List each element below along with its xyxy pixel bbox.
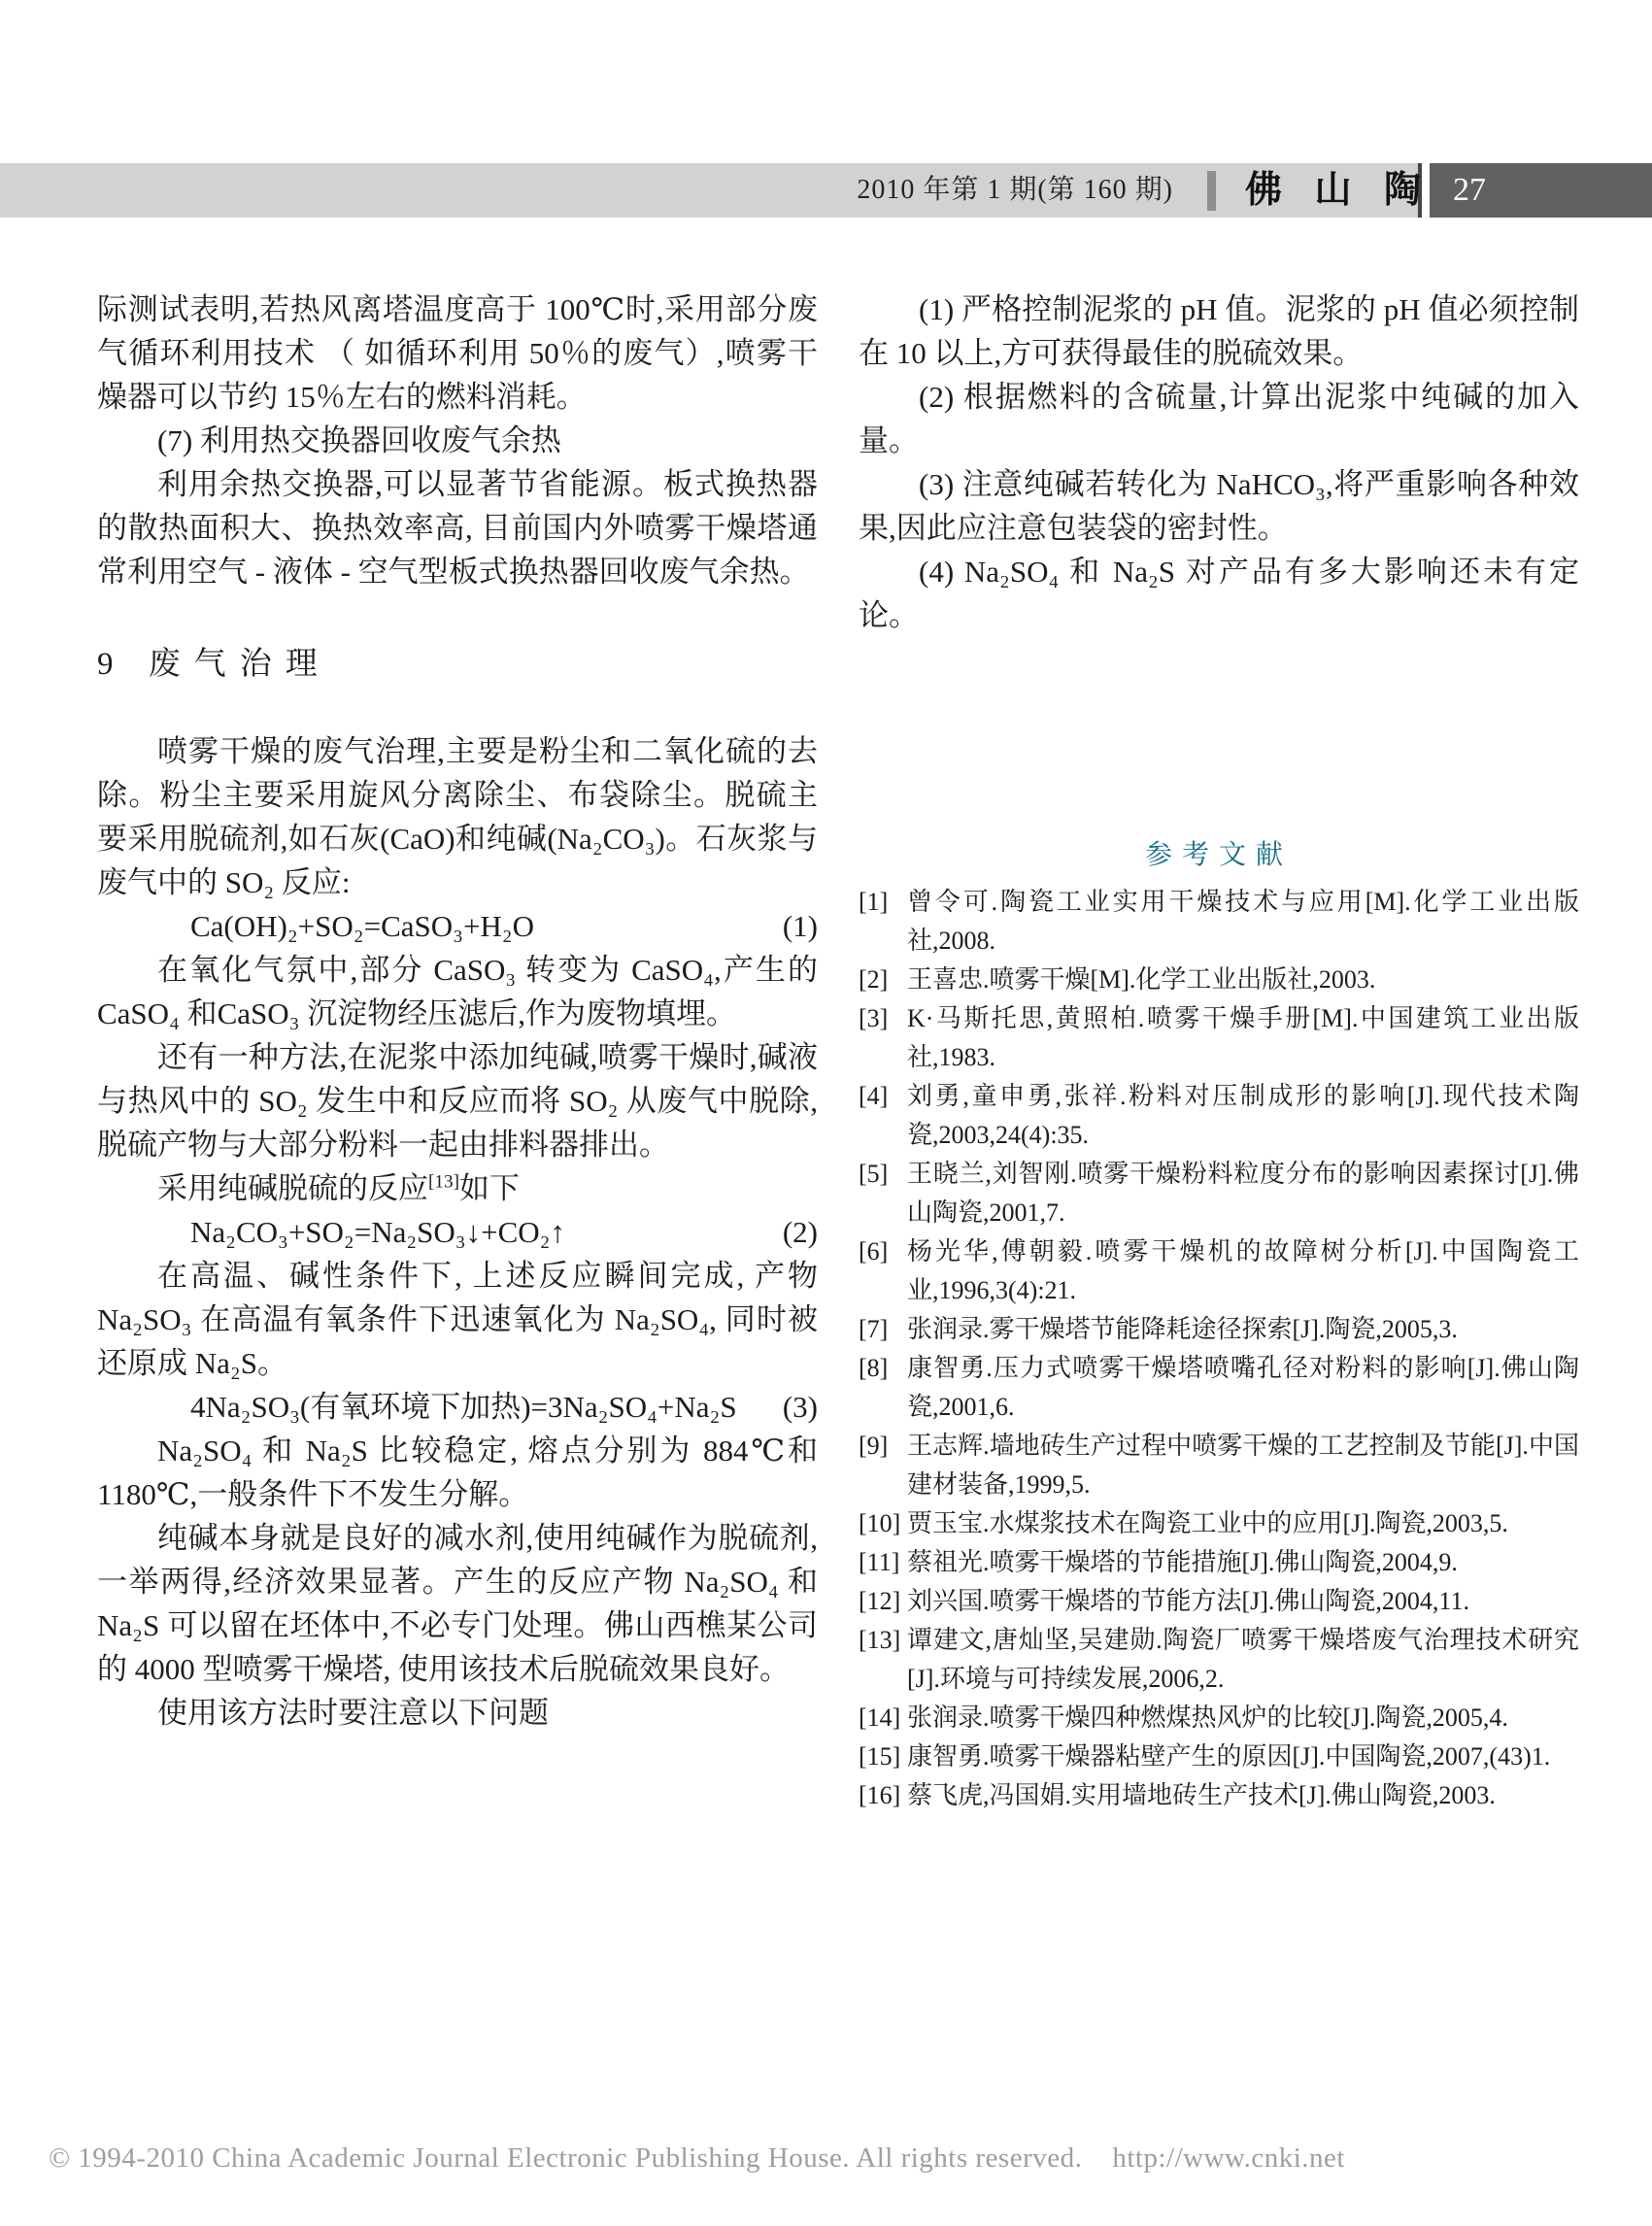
- section-heading: 9 废气治理: [97, 642, 818, 687]
- reference-text: 刘勇,童申勇,张祥.粉料对压制成形的影响[J].现代技术陶瓷,2003,24(4…: [907, 1082, 1579, 1149]
- reference-label: [13]: [859, 1621, 900, 1660]
- paragraph: 使用该方法时要注意以下问题: [97, 1691, 818, 1735]
- reference-text: 王志辉.墙地砖生产过程中喷雾干燥的工艺控制及节能[J].中国建材装备,1999,…: [907, 1432, 1579, 1499]
- reference-text: 贾玉宝.水煤浆技术在陶瓷工业中的应用[J].陶瓷,2003,5.: [907, 1509, 1508, 1537]
- reference-item: [13] 谭建文,唐灿坚,吴建勋.陶瓷厂喷雾干燥塔废气治理技术研究[J].环境与…: [859, 1621, 1579, 1699]
- reference-label: [3]: [859, 999, 888, 1038]
- reference-text: 曾令可.陶瓷工业实用干燥技术与应用[M].化学工业出版社,2008.: [907, 888, 1579, 955]
- reference-item: [6] 杨光华,傅朝毅.喷雾干燥机的故障树分析[J].中国陶瓷工业,1996,3…: [859, 1232, 1579, 1310]
- reference-text: 王喜忠.喷雾干燥[M].化学工业出版社,2003.: [907, 965, 1375, 994]
- page-number-box: 27: [1430, 163, 1652, 218]
- reference-label: [10]: [859, 1504, 900, 1543]
- reference-text: 张润录.喷雾干燥四种燃煤热风炉的比较[J].陶瓷,2005,4.: [907, 1703, 1508, 1732]
- reference-text: 刘兴国.喷雾干燥塔的节能方法[J].佛山陶瓷,2004,11.: [907, 1587, 1469, 1615]
- reference-label: [12]: [859, 1582, 900, 1621]
- paragraph-with-citation: 采用纯碱脱硫的反应[13]如下: [97, 1166, 818, 1210]
- paragraph: Na₂SO₄ 和 Na₂S 比较稳定, 熔点分别为 884℃和 1180℃,一般…: [97, 1429, 818, 1516]
- reference-text: K·马斯托思,黄照柏.喷雾干燥手册[M].中国建筑工业出版社,1983.: [907, 1004, 1579, 1071]
- reference-label: [6]: [859, 1232, 888, 1271]
- reference-label: [15]: [859, 1737, 900, 1776]
- paragraph: (2) 根据燃料的含硫量,计算出泥浆中纯碱的加入量。: [859, 375, 1579, 462]
- paragraph: (3) 注意纯碱若转化为 NaHCO₃,将严重影响各种效果,因此应注意包装袋的密…: [859, 462, 1579, 550]
- reference-label: [7]: [859, 1310, 888, 1349]
- paragraph: 在高温、碱性条件下, 上述反应瞬间完成, 产物 Na₂SO₃ 在高温有氧条件下迅…: [97, 1254, 818, 1385]
- paragraph: (1) 严格控制泥浆的 pH 值。泥浆的 pH 值必须控制在 10 以上,方可获…: [859, 287, 1579, 375]
- paragraph: 喷雾干燥的废气治理,主要是粉尘和二氧化硫的去除。粉尘主要采用旋风分离除尘、布袋除…: [97, 729, 818, 904]
- reference-item: [4] 刘勇,童申勇,张祥.粉料对压制成形的影响[J].现代技术陶瓷,2003,…: [859, 1077, 1579, 1155]
- reference-text: 杨光华,傅朝毅.喷雾干燥机的故障树分析[J].中国陶瓷工业,1996,3(4):…: [907, 1237, 1579, 1304]
- reference-label: [11]: [859, 1543, 899, 1582]
- reference-label: [14]: [859, 1699, 900, 1737]
- paragraph: 际测试表明,若热风离塔温度高于 100℃时,采用部分废气循环利用技术 （ 如循环…: [97, 287, 818, 419]
- equation-number: (3): [783, 1385, 818, 1429]
- reference-text: 谭建文,唐灿坚,吴建勋.陶瓷厂喷雾干燥塔废气治理技术研究[J].环境与可持续发展…: [907, 1626, 1579, 1693]
- reference-text: 蔡飞虎,冯国娟.实用墙地砖生产技术[J].佛山陶瓷,2003.: [907, 1781, 1496, 1809]
- reference-item: [16] 蔡飞虎,冯国娟.实用墙地砖生产技术[J].佛山陶瓷,2003.: [859, 1776, 1579, 1815]
- reference-text: 康智勇.压力式喷雾干燥塔喷嘴孔径对粉料的影响[J].佛山陶瓷,2001,6.: [907, 1354, 1579, 1421]
- paragraph-text: 如下: [459, 1171, 520, 1205]
- reference-item: [10] 贾玉宝.水煤浆技术在陶瓷工业中的应用[J].陶瓷,2003,5.: [859, 1504, 1579, 1543]
- reference-item: [8] 康智勇.压力式喷雾干燥塔喷嘴孔径对粉料的影响[J].佛山陶瓷,2001,…: [859, 1349, 1579, 1427]
- paragraph: 在氧化气氛中,部分 CaSO₃ 转变为 CaSO₄,产生的 CaSO₄ 和CaS…: [97, 948, 818, 1035]
- issue-info: 2010 年第 1 期(第 160 期): [857, 163, 1173, 218]
- right-column: (1) 严格控制泥浆的 pH 值。泥浆的 pH 值必须控制在 10 以上,方可获…: [859, 287, 1579, 1815]
- paragraph: (4) Na₂SO₄ 和 Na₂S 对产品有多大影响还未有定论。: [859, 550, 1579, 637]
- equation-formula: 4Na₂SO₃(有氧环境下加热)=3Na₂SO₄+Na₂S: [97, 1385, 737, 1429]
- reference-item: [3] K·马斯托思,黄照柏.喷雾干燥手册[M].中国建筑工业出版社,1983.: [859, 999, 1579, 1077]
- reference-label: [16]: [859, 1776, 900, 1815]
- equation-number: (1): [783, 904, 818, 948]
- references-title: 参考文献: [859, 836, 1579, 875]
- paragraph: 还有一种方法,在泥浆中添加纯碱,喷雾干燥时,碱液与热风中的 SO₂ 发生中和反应…: [97, 1035, 818, 1166]
- reference-label: [8]: [859, 1349, 888, 1388]
- chemical-equation-2: Na₂CO₃+SO₂=Na₂SO₃↓+CO₂↑ (2): [97, 1210, 818, 1254]
- equation-formula: Ca(OH)₂+SO₂=CaSO₃+H₂O: [97, 904, 534, 948]
- reference-label: [4]: [859, 1077, 888, 1116]
- equation-formula: Na₂CO₃+SO₂=Na₂SO₃↓+CO₂↑: [97, 1210, 565, 1254]
- citation-superscript: [13]: [428, 1172, 459, 1193]
- reference-label: [1]: [859, 883, 888, 922]
- paragraph: 利用余热交换器,可以显著节省能源。板式换热器的散热面积大、换热效率高, 目前国内…: [97, 462, 818, 593]
- left-column: 际测试表明,若热风离塔温度高于 100℃时,采用部分废气循环利用技术 （ 如循环…: [97, 287, 818, 1735]
- header-separator-bar: [1207, 171, 1216, 211]
- reference-item: [5] 王晓兰,刘智刚.喷雾干燥粉料粒度分布的影响因素探讨[J].佛山陶瓷,20…: [859, 1155, 1579, 1232]
- reference-text: 王晓兰,刘智刚.喷雾干燥粉料粒度分布的影响因素探讨[J].佛山陶瓷,2001,7…: [907, 1160, 1579, 1227]
- reference-text: 康智勇.喷雾干燥器粘壁产生的原因[J].中国陶瓷,2007,(43)1.: [907, 1742, 1550, 1771]
- equation-number: (2): [783, 1210, 818, 1254]
- chemical-equation-1: Ca(OH)₂+SO₂=CaSO₃+H₂O (1): [97, 904, 818, 948]
- paragraph: (7) 利用热交换器回收废气余热: [97, 419, 818, 462]
- reference-label: [5]: [859, 1155, 888, 1194]
- paragraph-text: 采用纯碱脱硫的反应: [157, 1171, 428, 1205]
- reference-item: [14] 张润录.喷雾干燥四种燃煤热风炉的比较[J].陶瓷,2005,4.: [859, 1699, 1579, 1737]
- chemical-equation-3: 4Na₂SO₃(有氧环境下加热)=3Na₂SO₄+Na₂S (3): [97, 1385, 818, 1429]
- reference-label: [9]: [859, 1427, 888, 1466]
- reference-item: [15] 康智勇.喷雾干燥器粘壁产生的原因[J].中国陶瓷,2007,(43)1…: [859, 1737, 1579, 1776]
- reference-label: [2]: [859, 961, 888, 999]
- reference-item: [2] 王喜忠.喷雾干燥[M].化学工业出版社,2003.: [859, 961, 1579, 999]
- reference-text: 张润录.雾干燥塔节能降耗途径探索[J].陶瓷,2005,3.: [907, 1315, 1458, 1343]
- copyright-footer: © 1994-2010 China Academic Journal Elect…: [49, 2142, 1345, 2175]
- reference-text: 蔡祖光.喷雾干燥塔的节能措施[J].佛山陶瓷,2004,9.: [907, 1548, 1458, 1576]
- reference-item: [1] 曾令可.陶瓷工业实用干燥技术与应用[M].化学工业出版社,2008.: [859, 883, 1579, 961]
- reference-item: [11] 蔡祖光.喷雾干燥塔的节能措施[J].佛山陶瓷,2004,9.: [859, 1543, 1579, 1582]
- reference-item: [9] 王志辉.墙地砖生产过程中喷雾干燥的工艺控制及节能[J].中国建材装备,1…: [859, 1427, 1579, 1504]
- page-number: 27: [1453, 172, 1486, 208]
- paragraph: 纯碱本身就是良好的减水剂,使用纯碱作为脱硫剂,一举两得,经济效果显著。产生的反应…: [97, 1516, 818, 1691]
- reference-item: [12] 刘兴国.喷雾干燥塔的节能方法[J].佛山陶瓷,2004,11.: [859, 1582, 1579, 1621]
- reference-item: [7] 张润录.雾干燥塔节能降耗途径探索[J].陶瓷,2005,3.: [859, 1310, 1579, 1349]
